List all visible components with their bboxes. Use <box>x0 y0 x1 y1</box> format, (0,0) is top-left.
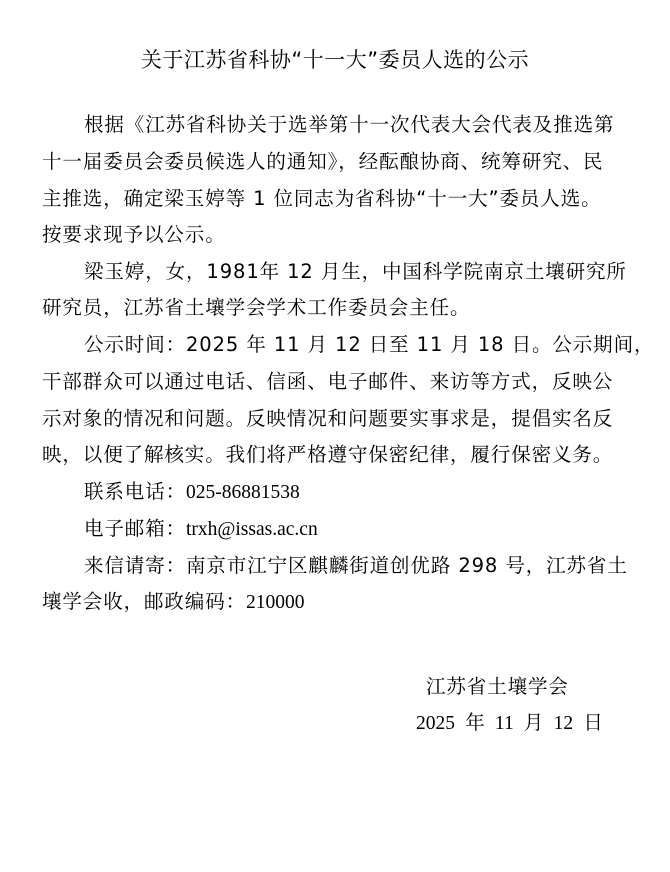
paragraph-3-line-2: 干部群众可以通过电话、信函、电子邮件、来访等方式，反映公 <box>42 369 642 395</box>
signature-organization: 江苏省土壤学会 <box>426 674 569 700</box>
paragraph-1-line-3: 主推选，确定梁玉婷等 1 位同志为省科协“十一大”委员人选。 <box>42 186 642 212</box>
date-day: 12 <box>554 713 574 734</box>
date-day-unit: 日 <box>583 711 603 734</box>
contact-email-label: 电子邮箱： <box>84 517 186 540</box>
signature-date: 2025 年 11 月 12 日 <box>416 710 603 737</box>
contact-mail-row-2: 壤学会收，邮政编码：210000 <box>42 589 642 616</box>
date-year: 2025 <box>416 713 455 734</box>
paragraph-1-line-1: 根据《江苏省科协关于选举第十一次代表大会代表及推选第 <box>84 112 670 138</box>
document-title: 关于江苏省科协“十一大”委员人选的公示 <box>0 45 670 75</box>
paragraph-3-line-3: 示对象的情况和问题。反映情况和问题要实事求是，提倡实名反 <box>42 406 642 432</box>
date-month: 11 <box>495 713 514 734</box>
contact-mail-address-line-1: 南京市江宁区麒麟街道创优路 298 号，江苏省土 <box>186 554 628 577</box>
paragraph-3-line-1: 公示时间：2025 年 11 月 12 日至 11 月 18 日。公示期间， <box>84 332 670 358</box>
paragraph-1-line-2: 十一届委员会委员候选人的通知》，经酝酿协商、统筹研究、民 <box>42 149 642 175</box>
contact-email-row: 电子邮箱：trxh@issas.ac.cn <box>84 516 670 543</box>
contact-mail-address-line-2: 壤学会收，邮政编码： <box>42 590 246 613</box>
paragraph-1-line-4: 按要求现予以公示。 <box>42 222 642 248</box>
paragraph-3-line-4: 映，以便了解核实。我们将严格遵守保密纪律，履行保密义务。 <box>42 442 642 468</box>
contact-phone-label: 联系电话： <box>84 480 186 503</box>
document-page: 关于江苏省科协“十一大”委员人选的公示 根据《江苏省科协关于选举第十一次代表大会… <box>0 0 670 872</box>
date-month-unit: 月 <box>524 711 544 734</box>
contact-mail-label: 来信请寄： <box>84 554 186 577</box>
contact-phone-number: 025-86881538 <box>186 482 300 503</box>
date-year-unit: 年 <box>465 711 485 734</box>
paragraph-2-line-1: 梁玉婷，女，1981年 12 月生，中国科学院南京土壤研究所 <box>84 259 670 285</box>
contact-email-address[interactable]: trxh@issas.ac.cn <box>186 519 318 540</box>
contact-mail-row: 来信请寄：南京市江宁区麒麟街道创优路 298 号，江苏省土 <box>84 553 670 579</box>
contact-postcode: 210000 <box>246 592 305 613</box>
paragraph-2-line-2: 研究员，江苏省土壤学会学术工作委员会主任。 <box>42 295 642 321</box>
contact-phone-row: 联系电话：025-86881538 <box>84 479 670 506</box>
